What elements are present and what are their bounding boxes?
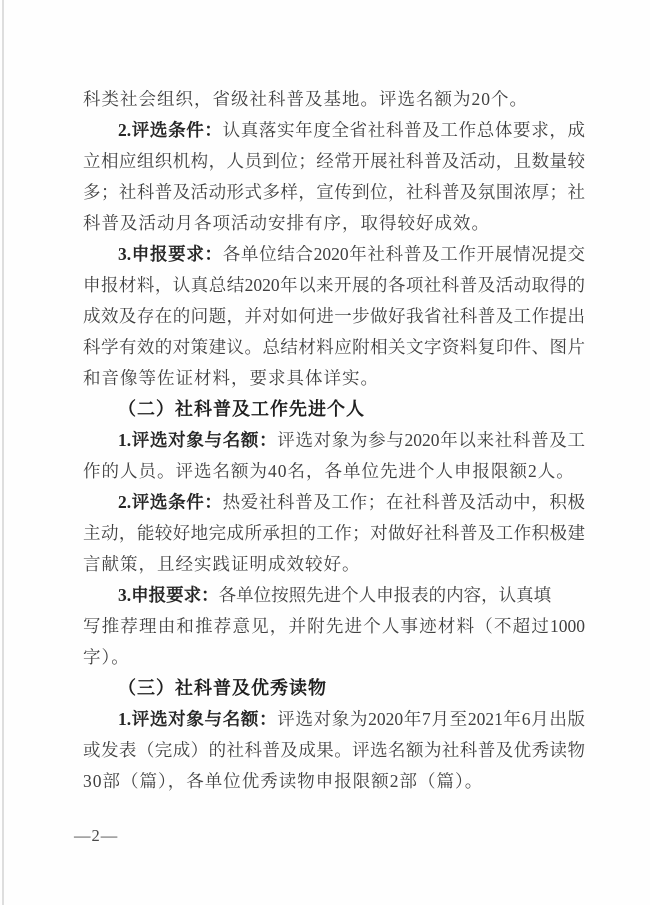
line-text: 或发表（完成）的社科普及成果。评选名额为社科普及优秀读物 [83,740,585,760]
bold-lead: 1.评选对象与名额： [118,430,277,450]
bold-lead: 2.评选条件： [118,120,223,140]
line-text: 科类社会组织，省级社科普及基地。评选名额为20个。 [83,89,528,109]
line-text: 各单位按照先进个人申报表的内容，认真填 [219,585,552,605]
line-text: 言献策，且经实践证明成效较好。 [83,554,361,574]
text-line: 申报材料，认真总结2020年以来开展的各项社科普及活动取得的 [83,270,585,301]
line-text: 各单位结合2020年社科普及工作开展情况提交 [223,244,585,264]
page-number: —2— [74,826,118,846]
line-text: 写推荐理由和推荐意见，并附先进个人事迹材料（不超过1000 [83,616,585,636]
line-text: 科学有效的对策建议。总结材料应附相关文字资料复印件、图片 [83,337,585,357]
text-line: 科学有效的对策建议。总结材料应附相关文字资料复印件、图片 [83,332,585,363]
line-text: 评选对象为参与2020年以来社科普及工 [277,430,585,450]
document-body: 科类社会组织，省级社科普及基地。评选名额为20个。 2.评选条件：认真落实年度全… [83,84,585,797]
text-line: 或发表（完成）的社科普及成果。评选名额为社科普及优秀读物 [83,735,585,766]
text-line: 科普及活动月各项活动安排有序，取得较好成效。 [83,208,585,239]
text-line: 成效及存在的问题，并对如何进一步做好我省社科普及工作提出 [83,301,585,332]
line-text: 主动，能较好地完成所承担的工作；对做好社科普及工作积极建 [83,523,585,543]
text-line: 3.申报要求：各单位按照先进个人申报表的内容，认真填 [83,580,585,611]
line-text: 成效及存在的问题，并对如何进一步做好我省社科普及工作提出 [83,306,585,326]
line-text: 字）。 [83,647,130,667]
line-text: 热爱社科普及工作；在社科普及活动中，积极 [223,492,585,512]
text-line: 言献策，且经实践证明成效较好。 [83,549,585,580]
line-text: 申报材料，认真总结2020年以来开展的各项社科普及活动取得的 [83,275,585,295]
bold-lead: 2.评选条件： [118,492,223,512]
text-line: 1.评选对象与名额：评选对象为参与2020年以来社科普及工 [83,425,585,456]
text-line: 30部（篇），各单位优秀读物申报限额2部（篇）。 [83,766,585,797]
bold-lead: 3.申报要求： [118,244,223,264]
text-line: 主动，能较好地完成所承担的工作；对做好社科普及工作积极建 [83,518,585,549]
text-line: 2.评选条件：热爱社科普及工作；在社科普及活动中，积极 [83,487,585,518]
line-text: 作的人员。评选名额为40名，各单位先进个人申报限额2人。 [83,461,575,481]
text-line: 1.评选对象与名额：评选对象为2020年7月至2021年6月出版 [83,704,585,735]
section-heading: （三）社科普及优秀读物 [83,673,585,704]
document-page: 科类社会组织，省级社科普及基地。评选名额为20个。 2.评选条件：认真落实年度全… [0,0,650,905]
heading-text: （二）社科普及工作先进个人 [118,399,365,419]
text-line: 科类社会组织，省级社科普及基地。评选名额为20个。 [83,84,585,115]
line-text: 立相应组织机构，人员到位；经常开展社科普及活动，且数量较 [83,151,585,171]
line-text: 多；社科普及活动形式多样，宣传到位，社科普及氛围浓厚；社 [83,182,585,202]
text-line: 写推荐理由和推荐意见，并附先进个人事迹材料（不超过1000 [83,611,585,642]
line-text: 科普及活动月各项活动安排有序，取得较好成效。 [83,213,490,233]
text-line: 2.评选条件：认真落实年度全省社科普及工作总体要求，成 [83,115,585,146]
text-line: 和音像等佐证材料，要求具体详实。 [83,363,585,394]
bold-lead: 1.评选对象与名额： [118,709,277,729]
text-line: 作的人员。评选名额为40名，各单位先进个人申报限额2人。 [83,456,585,487]
text-line: 多；社科普及活动形式多样，宣传到位，社科普及氛围浓厚；社 [83,177,585,208]
bold-lead: 3.申报要求： [118,585,219,605]
section-heading: （二）社科普及工作先进个人 [83,394,585,425]
line-text: 评选对象为2020年7月至2021年6月出版 [277,709,585,729]
line-text: 30部（篇），各单位优秀读物申报限额2部（篇）。 [83,771,483,791]
heading-text: （三）社科普及优秀读物 [118,678,327,698]
text-line: 字）。 [83,642,585,673]
text-line: 3.申报要求：各单位结合2020年社科普及工作开展情况提交 [83,239,585,270]
scan-edge-artifact [2,0,4,905]
line-text: 认真落实年度全省社科普及工作总体要求，成 [223,120,585,140]
line-text: 和音像等佐证材料，要求具体详实。 [83,368,379,388]
text-line: 立相应组织机构，人员到位；经常开展社科普及活动，且数量较 [83,146,585,177]
